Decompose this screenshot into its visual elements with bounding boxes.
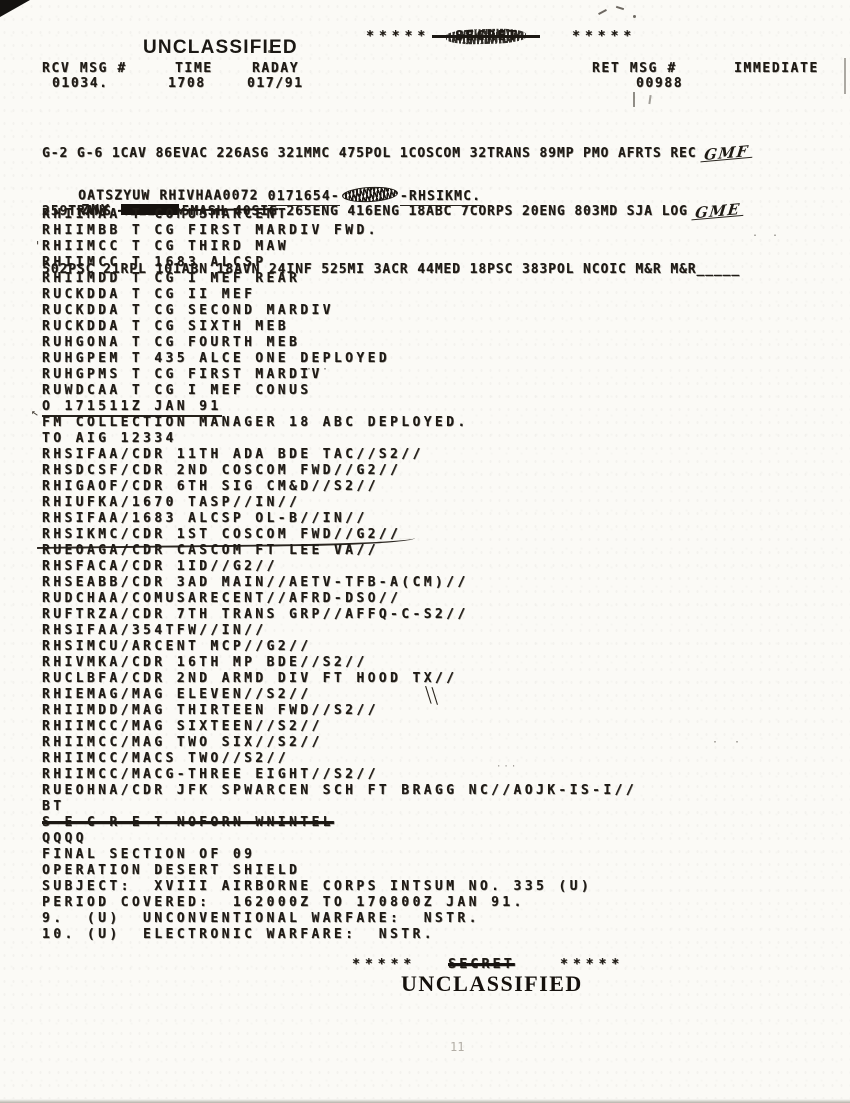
message-line: RUHGPMS T CG FIRST MARDIV [42,367,637,383]
message-line: RHSIFAA/1683 ALCSP OL-B//IN// [42,511,637,527]
message-line: RHIIMDD T CG I MEF REAR [42,271,637,287]
raday-label: RADAY [252,61,299,76]
ret-msg-value: 00988 [636,76,683,91]
message-line: O 171511Z JAN 91 [42,399,637,415]
message-line: RUEOAGA/CDR CASCOM FT LEE VA// [42,543,637,559]
message-line: 9. (U) UNCONVENTIONAL WARFARE: NSTR. [42,911,637,927]
scanned-message-document: ' . . ···· ↖ ╲╲ · · ··· 11 ***** SECRET … [0,0,850,1103]
message-line: RUHGONA T CG FOURTH MEB [42,335,637,351]
handwritten-initials-gmf: GMF [700,147,753,163]
message-line: RUDCHAA/COMUSARECENT//AFRD-DSO// [42,591,637,607]
precedence-label: IMMEDIATE [734,61,819,76]
scan-artifact [598,9,607,15]
stars-right-bottom: ***** [560,957,624,972]
message-body: RHIIMAA T COMUSMARCENTRHIIMBB T CG FIRST… [42,207,637,943]
ret-msg-label: RET MSG # [592,61,677,76]
scan-artifact: ' [34,239,41,253]
message-line: RUHGPEM T 435 ALCE ONE DEPLOYED [42,351,637,367]
scan-artifact: 11 [450,1040,464,1054]
message-line: OPERATION DESERT SHIELD [42,863,637,879]
message-line: RHIIMCC/MACG-THREE EIGHT//S2// [42,767,637,783]
message-line: RHIIMBB T CG FIRST MARDIV FWD. [42,223,637,239]
message-line: RHIIMCC T 1683 ALCSP [42,255,637,271]
rcv-msg-label: RCV MSG # [42,61,127,76]
scan-artifact: · · [712,737,745,748]
message-line: RHIIMCC/MACS TWO//S2// [42,751,637,767]
time-label: TIME [175,61,213,76]
message-line: RHSFACA/CDR 1ID//G2// [42,559,637,575]
message-line: RHIIMCC T CG THIRD MAW [42,239,637,255]
scan-artifact [633,15,636,18]
secret-scribbled-out: SECRET [452,28,522,44]
message-line: FM COLLECTION MANAGER 18 ABC DEPLOYED. [42,415,637,431]
message-line: QQQQ [42,831,637,847]
distribution-line-1: G-2 G-6 1CAV 86EVAC 226ASG 321MMC 475POL… [42,144,840,163]
secret-struck-bottom: SECRET [448,956,515,972]
classification-banner-top: UNCLASSIFIED [143,37,298,59]
message-line: RHIIMAA T COMUSMARCENT [42,207,637,223]
message-line: RHSIFAA/354TFW//IN// [42,623,637,639]
message-line: RUCKDDA T CG II MEF [42,287,637,303]
message-line: 10. (U) ELECTRONIC WARFARE: NSTR. [42,927,637,943]
message-line: RUWDCAA T CG I MEF CONUS [42,383,637,399]
scan-artifact [633,92,635,107]
message-line: PERIOD COVERED: 162000Z TO 170800Z JAN 9… [42,895,637,911]
stars-left: ***** [366,29,430,44]
raday-value: 017/91 [247,76,304,91]
scan-artifact [648,95,651,104]
scan-artifact [844,58,846,94]
message-line: RHIUFKA/1670 TASP//IN// [42,495,637,511]
message-line: RHIIMCC/MAG SIXTEEN//S2// [42,719,637,735]
stars-left-bottom: ***** [352,957,416,972]
message-line: BT [42,799,637,815]
message-line: RUCKDDA T CG SECOND MARDIV [42,303,637,319]
scan-edge-shadow [0,1099,850,1103]
scan-artifact: ` [553,975,560,988]
message-line: RHIIMDD/MAG THIRTEEN FWD//S2// [42,703,637,719]
scan-artifact [616,6,624,10]
message-line: RHSDCSF/CDR 2ND COSCOM FWD//G2// [42,463,637,479]
handwritten-initials-gme: GME [691,205,745,221]
routing-station: -RHSIKMC. [400,189,481,206]
message-line: RUCKDDA T CG SIXTH MEB [42,319,637,335]
message-line: RHIGAOF/CDR 6TH SIG CM&D//S2// [42,479,637,495]
message-line: RHIEMAG/MAG ELEVEN//S2// [42,687,637,703]
message-line: S E C R E T NOFORN WNINTEL [42,815,637,831]
message-line: SUBJECT: XVIII AIRBORNE CORPS INTSUM NO.… [42,879,637,895]
message-line: RHSIMCU/ARCENT MCP//G2// [42,639,637,655]
scribbled-out-serial [342,186,399,204]
stars-right: ***** [572,29,636,44]
message-line: RUFTRZA/CDR 7TH TRANS GRP//AFFQ-C-S2// [42,607,637,623]
message-line: RHIIMCC/MAG TWO SIX//S2// [42,735,637,751]
routing-dtg: 0171654- [268,189,340,206]
rcv-msg-value: 01034. [52,76,109,91]
message-line: RHSIFAA/CDR 11TH ADA BDE TAC//S2// [42,447,637,463]
scan-artifact-corner [0,0,30,17]
message-line: RHSIKMC/CDR 1ST COSCOM FWD//G2// [42,527,637,543]
message-line: FINAL SECTION OF 09 [42,847,637,863]
time-value: 1708 [168,76,206,91]
message-line: RUCLBFA/CDR 2ND ARMD DIV FT HOOD TX// [42,671,637,687]
message-line: RUEOHNA/CDR JFK SPWARCEN SCH FT BRAGG NC… [42,783,637,799]
pencil-arrow: ↖ [30,404,40,419]
message-line: RHIVMKA/CDR 16TH MP BDE//S2// [42,655,637,671]
message-line: RHSEABB/CDR 3AD MAIN//AETV-TFB-A(CM)// [42,575,637,591]
message-line: TO AIG 12334 [42,431,637,447]
